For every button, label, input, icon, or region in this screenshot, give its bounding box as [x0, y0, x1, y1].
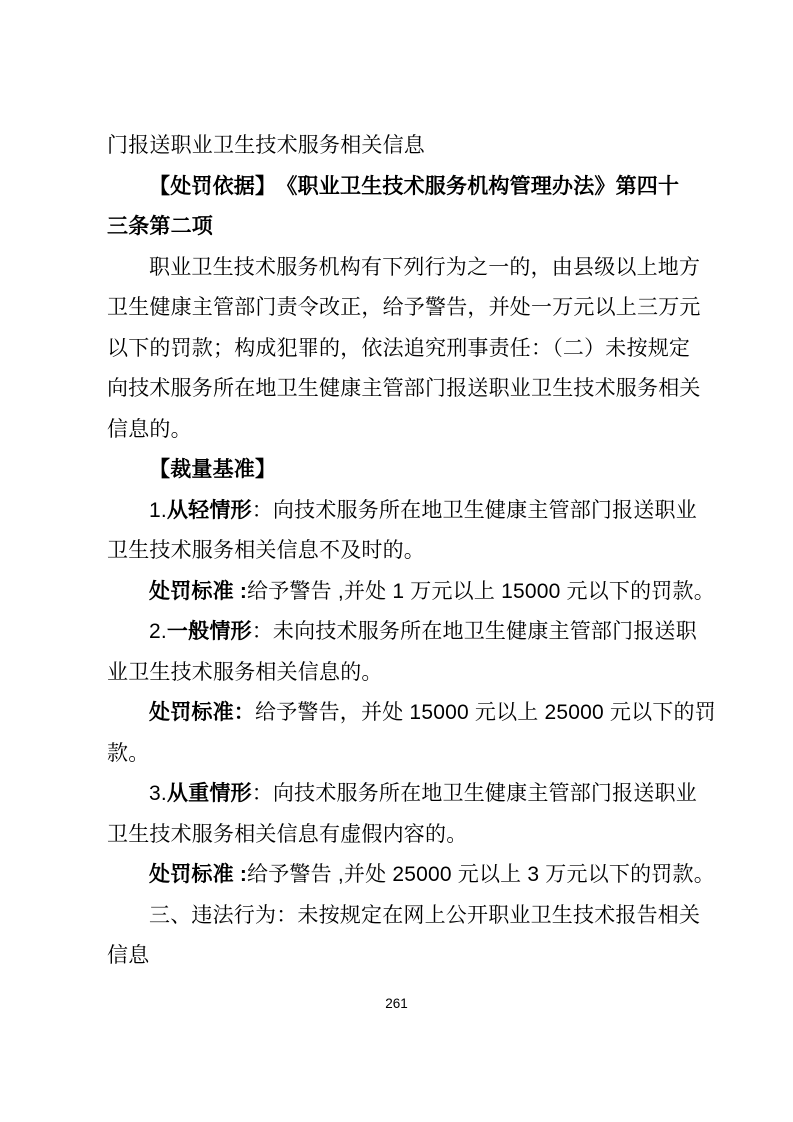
text-segment: 卫生技术服务相关信息有虚假内容的。: [107, 823, 467, 846]
text-line: 以下的罚款；构成犯罪的，依法追究刑事责任：（二）未按规定: [107, 329, 693, 370]
page-number: 261: [0, 996, 793, 1012]
text-segment: 业卫生技术服务相关信息的。: [107, 661, 383, 684]
text-line: 信息的。: [107, 410, 693, 451]
document-body: 门报送职业卫生技术服务相关信息【处罚依据】 《职业卫生技术服务机构管理办法》第四…: [107, 126, 693, 977]
text-line: 信息: [107, 936, 693, 977]
text-segment: 款。: [107, 742, 149, 765]
text-line: 职业卫生技术服务机构有下列行为之一的，由县级以上地方: [107, 248, 693, 289]
text-segment: 三、违法行为：未按规定在网上公开职业卫生技术报告相关: [149, 904, 700, 927]
text-segment: 1.: [149, 499, 167, 522]
text-segment: ：向技术服务所在地卫生健康主管部门报送职业: [252, 499, 697, 522]
text-line: 处罚标准 :给予警告 ,并处 25000 元以上 3 万元以下的罚款。: [107, 855, 693, 896]
text-line: 款。: [107, 734, 693, 775]
text-segment: ：未向技术服务所在地卫生健康主管部门报送职: [252, 620, 697, 643]
bold-text-segment: 一般情形: [167, 620, 252, 643]
text-segment: 给予警告，并处 15000 元以上 25000 元以下的罚: [255, 701, 716, 724]
text-segment: 给予警告 ,并处 1 万元以上 15000 元以下的罚款。: [247, 580, 715, 603]
bold-text-segment: 从重情形: [167, 782, 252, 805]
text-line: 卫生技术服务相关信息不及时的。: [107, 531, 693, 572]
bold-text-segment: 从轻情形: [167, 499, 252, 522]
bold-text-segment: 处罚标准 :: [149, 863, 247, 886]
text-segment: 给予警告 ,并处 25000 元以上 3 万元以下的罚款。: [247, 863, 715, 886]
bold-text-segment: 处罚标准：: [149, 701, 255, 724]
text-line: 向技术服务所在地卫生健康主管部门报送职业卫生技术服务相关: [107, 369, 693, 410]
text-line: 【处罚依据】 《职业卫生技术服务机构管理办法》第四十: [107, 167, 693, 208]
text-line: 3.从重情形：向技术服务所在地卫生健康主管部门报送职业: [107, 774, 693, 815]
text-segment: 信息的。: [107, 418, 192, 441]
text-line: 三条第二项: [107, 207, 693, 248]
text-segment: 3.: [149, 782, 167, 805]
text-line: 业卫生技术服务相关信息的。: [107, 653, 693, 694]
text-segment: 向技术服务所在地卫生健康主管部门报送职业卫生技术服务相关: [107, 377, 701, 400]
text-segment: 信息: [107, 944, 149, 967]
text-line: 处罚标准：给予警告，并处 15000 元以上 25000 元以下的罚: [107, 693, 693, 734]
text-line: 1.从轻情形：向技术服务所在地卫生健康主管部门报送职业: [107, 491, 693, 532]
text-segment: 卫生健康主管部门责令改正，给予警告，并处一万元以上三万元: [107, 296, 701, 319]
text-line: 【裁量基准】: [107, 450, 693, 491]
text-segment: 以下的罚款；构成犯罪的，依法追究刑事责任：（二）未按规定: [107, 337, 690, 360]
text-line: 三、违法行为：未按规定在网上公开职业卫生技术报告相关: [107, 896, 693, 937]
text-line: 2.一般情形：未向技术服务所在地卫生健康主管部门报送职: [107, 612, 693, 653]
text-segment: 2.: [149, 620, 167, 643]
text-line: 卫生技术服务相关信息有虚假内容的。: [107, 815, 693, 856]
text-line: 门报送职业卫生技术服务相关信息: [107, 126, 693, 167]
text-line: 处罚标准 :给予警告 ,并处 1 万元以上 15000 元以下的罚款。: [107, 572, 693, 613]
document-page: 门报送职业卫生技术服务相关信息【处罚依据】 《职业卫生技术服务机构管理办法》第四…: [0, 0, 793, 1122]
text-segment: 卫生技术服务相关信息不及时的。: [107, 539, 425, 562]
bold-text-segment: 【裁量基准】: [149, 458, 276, 481]
bold-text-segment: 处罚标准 :: [149, 580, 247, 603]
bold-text-segment: 【处罚依据】 《职业卫生技术服务机构管理办法》第四十: [149, 175, 679, 198]
text-segment: ：向技术服务所在地卫生健康主管部门报送职业: [252, 782, 697, 805]
text-line: 卫生健康主管部门责令改正，给予警告，并处一万元以上三万元: [107, 288, 693, 329]
text-segment: 职业卫生技术服务机构有下列行为之一的，由县级以上地方: [149, 256, 700, 279]
bold-text-segment: 三条第二项: [107, 215, 213, 238]
text-segment: 门报送职业卫生技术服务相关信息: [107, 134, 425, 157]
